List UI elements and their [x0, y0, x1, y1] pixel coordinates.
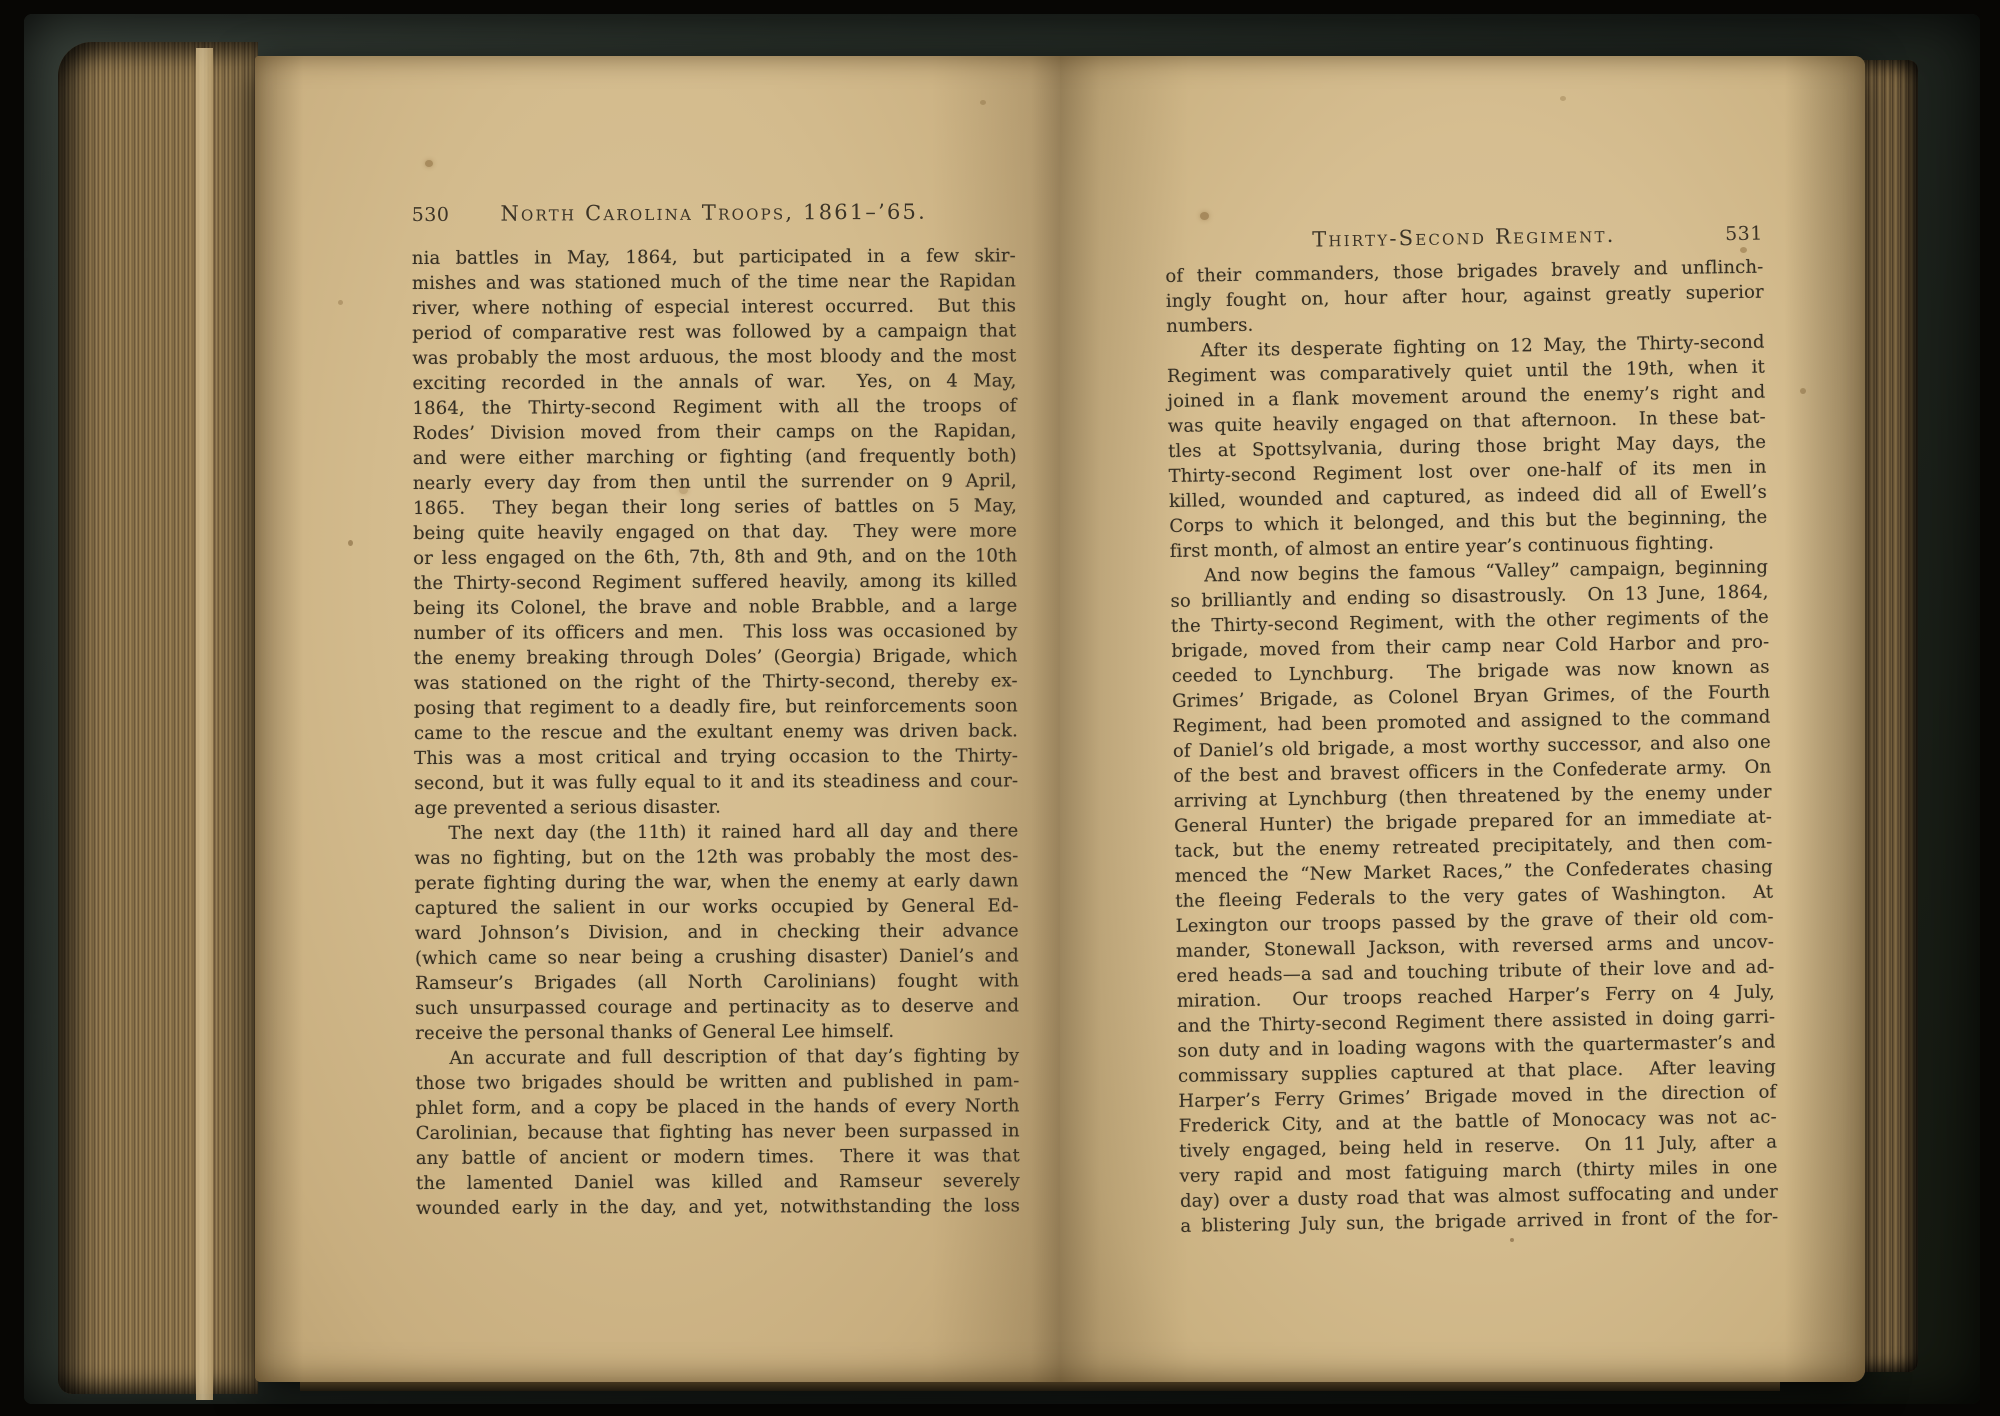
- left-running-title: North Carolina Troops, 1861–’65.: [472, 200, 956, 226]
- text-line: being quite heavily engaged on that day.…: [413, 518, 1017, 546]
- text-line: or less engaged on the 6th, 7th, 8th and…: [413, 543, 1017, 571]
- bottom-page-edge: [300, 1382, 1780, 1391]
- text-line: nearly every day from then until the sur…: [413, 468, 1017, 496]
- text-line: came to the rescue and the exultant enem…: [414, 718, 1018, 746]
- text-line: period of comparative rest was followed …: [412, 318, 1016, 346]
- text-line: age prevented a serious disaster.: [414, 793, 1018, 821]
- text-line: those two brigades should be written and…: [415, 1068, 1019, 1096]
- text-line: such unsurpassed courage and pertinacity…: [415, 993, 1019, 1021]
- text-line: river, where nothing of especial interes…: [412, 293, 1016, 321]
- text-line: receive the personal thanks of General L…: [415, 1018, 1019, 1046]
- text-line: was stationed on the right of the Thirty…: [414, 668, 1018, 696]
- text-line: was probably the most arduous, the most …: [412, 343, 1016, 371]
- text-line: captured the salient in our works occupi…: [415, 893, 1019, 921]
- left-page-number: 530: [412, 204, 472, 226]
- text-line: This was a most critical and trying occa…: [414, 743, 1018, 771]
- text-line: being its Colonel, the brave and noble B…: [413, 593, 1017, 621]
- text-line: second, but it was fully equal to it and…: [414, 768, 1018, 796]
- right-running-header: Thirty-Second Regiment. 531: [1165, 221, 1763, 254]
- text-line: 1864, the Thirty-second Regiment with al…: [412, 393, 1016, 421]
- left-page-edge-stack: [58, 42, 258, 1394]
- text-line: the enemy breaking through Doles’ (Georg…: [414, 643, 1018, 671]
- right-page: Thirty-Second Regiment. 531 of their com…: [1060, 56, 1865, 1382]
- text-line: nia battles in May, 1864, but participat…: [412, 243, 1016, 271]
- text-line: posing that regiment to a deadly fire, b…: [414, 693, 1018, 721]
- text-line: ward Johnson’s Division, and in checking…: [415, 918, 1019, 946]
- open-book-photo: 530 North Carolina Troops, 1861–’65. nia…: [0, 0, 2000, 1416]
- text-line: Rodes’ Division moved from their camps o…: [413, 418, 1017, 446]
- left-page-body: nia battles in May, 1864, but participat…: [412, 243, 1020, 1221]
- text-line: any battle of ancient or modern times. T…: [416, 1143, 1020, 1171]
- text-line: and were either marching or fighting (an…: [413, 443, 1017, 471]
- text-line: Carolinian, because that fighting has ne…: [416, 1118, 1020, 1146]
- text-line: the lamented Daniel was killed and Ramse…: [416, 1168, 1020, 1196]
- text-line: was no fighting, but on the 12th was pro…: [414, 843, 1018, 871]
- text-line: (which came so near being a crushing dis…: [415, 943, 1019, 971]
- page-edge-highlight: [196, 48, 213, 1400]
- right-page-body: of their commanders, those brigades brav…: [1165, 255, 1778, 1239]
- text-line: exciting recorded in the annals of war. …: [412, 368, 1016, 396]
- text-line: phlet form, and a copy be placed in the …: [416, 1093, 1020, 1121]
- text-line: The next day (the 11th) it rained hard a…: [414, 818, 1018, 846]
- right-running-title: Thirty-Second Regiment.: [1225, 222, 1703, 254]
- text-line: An accurate and full description of that…: [415, 1043, 1019, 1071]
- text-line: mishes and was stationed much of the tim…: [412, 268, 1016, 296]
- text-line: Ramseur’s Brigades (all North Carolinian…: [415, 968, 1019, 996]
- left-running-header: 530 North Carolina Troops, 1861–’65.: [412, 199, 1016, 226]
- text-line: number of its officers and men. This los…: [413, 618, 1017, 646]
- right-page-number: 531: [1703, 223, 1763, 246]
- right-page-edge-stack: [1860, 60, 1918, 1372]
- text-line: wounded early in the day, and yet, notwi…: [416, 1193, 1020, 1221]
- text-line: perate fighting during the war, when the…: [415, 868, 1019, 896]
- text-line: 1865. They began their long series of ba…: [413, 493, 1017, 521]
- page-spread: 530 North Carolina Troops, 1861–’65. nia…: [255, 56, 1865, 1382]
- text-line: the Thirty-second Regiment suffered heav…: [413, 568, 1017, 596]
- left-page: 530 North Carolina Troops, 1861–’65. nia…: [255, 56, 1060, 1382]
